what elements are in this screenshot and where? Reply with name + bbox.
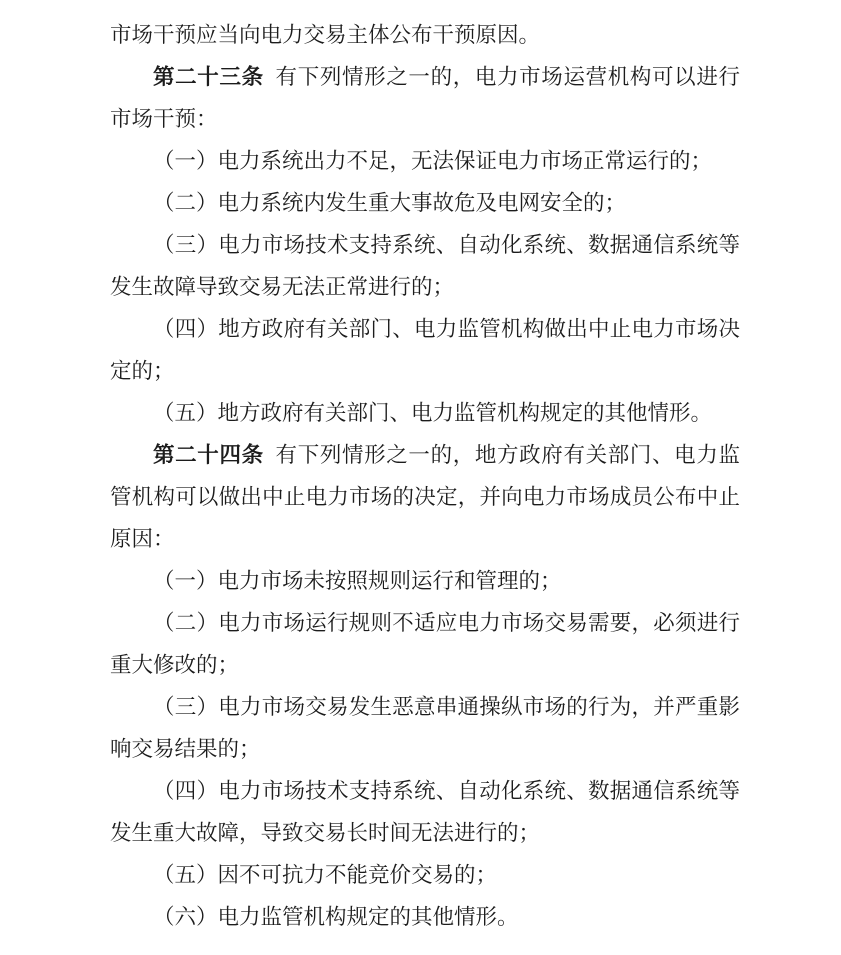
paragraph-text: （二）电力系统内发生重大事故危及电网安全的； xyxy=(153,191,626,215)
list-item-paragraph: （一）电力系统出力不足，无法保证电力市场正常运行的； xyxy=(110,140,740,182)
paragraph-text: （一）电力系统出力不足，无法保证电力市场正常运行的； xyxy=(153,149,712,173)
list-item-paragraph: （二）电力系统内发生重大事故危及电网安全的； xyxy=(110,182,740,224)
list-item-paragraph: （一）电力市场未按照规则运行和管理的； xyxy=(110,560,740,602)
list-item-paragraph: （五）因不可抗力不能竞价交易的； xyxy=(110,854,740,896)
article-number: 第二十三条 xyxy=(153,65,264,89)
article-paragraph: 第二十四条有下列情形之一的，地方政府有关部门、电力监管机构可以做出中止电力市场的… xyxy=(110,434,740,560)
paragraph-text: （一）电力市场未按照规则运行和管理的； xyxy=(153,569,562,593)
paragraph-text: （三）电力市场交易发生恶意串通操纵市场的行为，并严重影响交易结果的； xyxy=(110,695,740,761)
list-item-paragraph: （四）地方政府有关部门、电力监管机构做出中止电力市场决定的； xyxy=(110,308,740,392)
document-page: 市场干预应当向电力交易主体公布干预原因。第二十三条有下列情形之一的，电力市场运营… xyxy=(0,0,841,955)
paragraph-text: （三）电力市场技术支持系统、自动化系统、数据通信系统等发生故障导致交易无法正常进… xyxy=(110,233,740,299)
paragraph-text: （四）地方政府有关部门、电力监管机构做出中止电力市场决定的； xyxy=(110,317,740,383)
paragraph-text: （二）电力市场运行规则不适应电力市场交易需要，必须进行重大修改的； xyxy=(110,611,740,677)
paragraph-text: （四）电力市场技术支持系统、自动化系统、数据通信系统等发生重大故障，导致交易长时… xyxy=(110,779,740,845)
list-item-paragraph: （五）地方政府有关部门、电力监管机构规定的其他情形。 xyxy=(110,392,740,434)
paragraph-text: （六）电力监管机构规定的其他情形。 xyxy=(153,905,519,929)
list-item-paragraph: （二）电力市场运行规则不适应电力市场交易需要，必须进行重大修改的； xyxy=(110,602,740,686)
continuation-paragraph: 市场干预应当向电力交易主体公布干预原因。 xyxy=(110,14,740,56)
list-item-paragraph: （三）电力市场技术支持系统、自动化系统、数据通信系统等发生故障导致交易无法正常进… xyxy=(110,224,740,308)
list-item-paragraph: （六）电力监管机构规定的其他情形。 xyxy=(110,896,740,938)
paragraph-text: 市场干预应当向电力交易主体公布干预原因。 xyxy=(110,23,540,47)
article-paragraph: 第二十三条有下列情形之一的，电力市场运营机构可以进行市场干预： xyxy=(110,56,740,140)
paragraph-text: （五）地方政府有关部门、电力监管机构规定的其他情形。 xyxy=(153,401,712,425)
article-number: 第二十四条 xyxy=(153,443,264,467)
list-item-paragraph: （四）电力市场技术支持系统、自动化系统、数据通信系统等发生重大故障，导致交易长时… xyxy=(110,770,740,854)
document-body: 市场干预应当向电力交易主体公布干预原因。第二十三条有下列情形之一的，电力市场运营… xyxy=(110,14,740,938)
paragraph-text: （五）因不可抗力不能竞价交易的； xyxy=(153,863,497,887)
list-item-paragraph: （三）电力市场交易发生恶意串通操纵市场的行为，并严重影响交易结果的； xyxy=(110,686,740,770)
